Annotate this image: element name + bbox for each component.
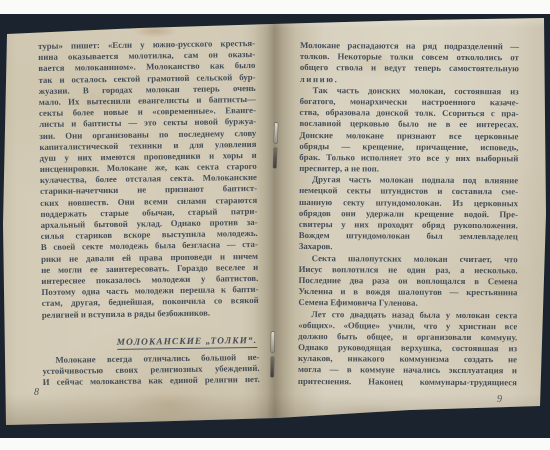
text-line: притеснения. Наконец коммунары-трудящиес… [298, 376, 517, 389]
book-spread: туры» пишет: «Если у южно-русского крест… [0, 14, 550, 438]
text-line: религией и вступила в ряды безбожников. [42, 306, 259, 320]
stain [125, 22, 185, 40]
text-line: общего ствола и ведут теперь самостоятел… [300, 62, 519, 75]
staple-bottom [271, 332, 276, 377]
staple-leg [271, 357, 274, 377]
section-heading-label: МОЛОКАНСКИЕ „ТОЛКИ“. [117, 336, 258, 350]
right-page-text: Молокане распадаются на ряд подразделени… [298, 40, 519, 388]
gutter-shadow [254, 14, 296, 438]
text-line: Семена Ефимовича Гуленова. [298, 297, 517, 310]
text-line: И сейчас молоканства как единой религии … [43, 374, 260, 388]
text-line: Захаров. [299, 241, 518, 254]
staple-leg [274, 123, 278, 143]
left-page-text: туры» пишет: «Если у южно-русского крест… [38, 38, 259, 321]
text-line: Лет сто двадцать назад была у молокан се… [298, 308, 517, 321]
right-page: Молокане распадаются на ряд подразделени… [298, 40, 519, 388]
text-line: немецкой секты штундистов и составила см… [299, 185, 518, 198]
page-number-right: 9 [497, 394, 502, 405]
left-page: туры» пишет: «Если у южно-русского крест… [38, 38, 260, 388]
section-heading: МОЛОКАНСКИЕ „ТОЛКИ“. [42, 330, 257, 346]
text-line: вославной церковью было не в ее интереса… [299, 118, 518, 131]
text-line: Донские молокане признают все церковные [299, 129, 518, 142]
stain [110, 384, 230, 424]
left-page-text-after-heading: Молокане всегда отличались большой не-ус… [42, 352, 259, 389]
screenshot-root: туры» пишет: «Если у южно-русского крест… [0, 0, 550, 450]
staple-leg [271, 332, 274, 352]
photo-background: туры» пишет: «Если у южно-русского крест… [0, 14, 550, 438]
staple-leg [273, 148, 277, 168]
text-line: могла — в коммуне начались эксплуатация … [298, 364, 517, 377]
stain [300, 399, 440, 429]
page-number-left: 8 [34, 387, 39, 398]
